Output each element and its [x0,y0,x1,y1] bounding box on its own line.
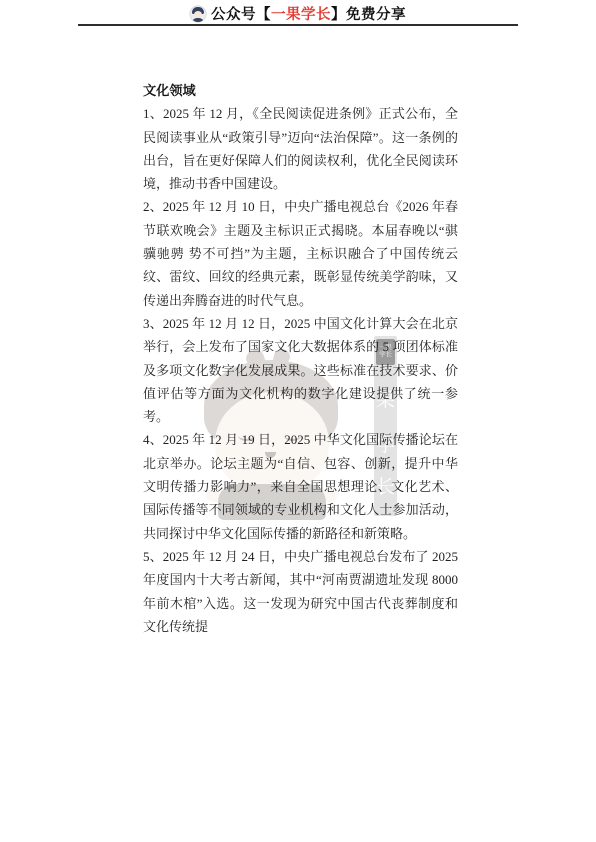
page-header: 公众号【一果学长】免费分享 [0,6,596,24]
document-page: 公众号【一果学长】免费分享 一果学长 果 学 长 文化领域 1、2025 年 1… [0,0,596,842]
header-brand-name: 一果学长 [271,7,331,23]
section-heading: 文化领域 [143,79,458,102]
avatar-body [192,18,204,22]
brand-avatar-icon [190,6,206,22]
paragraph-item-1: 1、2025 年 12 月，《全民阅读促进条例》正式公布，全民阅读事业从“政策引… [143,102,458,195]
paragraph-item-2: 2、2025 年 12 月 10 日，中央广播电视总台《2026 年春节联欢晚会… [143,195,458,311]
avatar-face [194,11,202,18]
header-divider-line [78,24,518,26]
paragraph-item-5: 5、2025 年 12 月 24 日，中央广播电视总台发布了 2025 年度国内… [143,545,458,638]
document-body: 文化领域 1、2025 年 12 月，《全民阅读促进条例》正式公布，全民阅读事业… [143,79,458,638]
header-suffix: 】免费分享 [331,7,406,23]
paragraph-item-4: 4、2025 年 12 月 19 日，2025 中华文化国际传播论坛在北京举办。… [143,428,458,544]
header-prefix: 公众号【 [211,7,271,23]
paragraph-item-3: 3、2025 年 12 月 12 日，2025 中国文化计算大会在北京举行，会上… [143,312,458,428]
